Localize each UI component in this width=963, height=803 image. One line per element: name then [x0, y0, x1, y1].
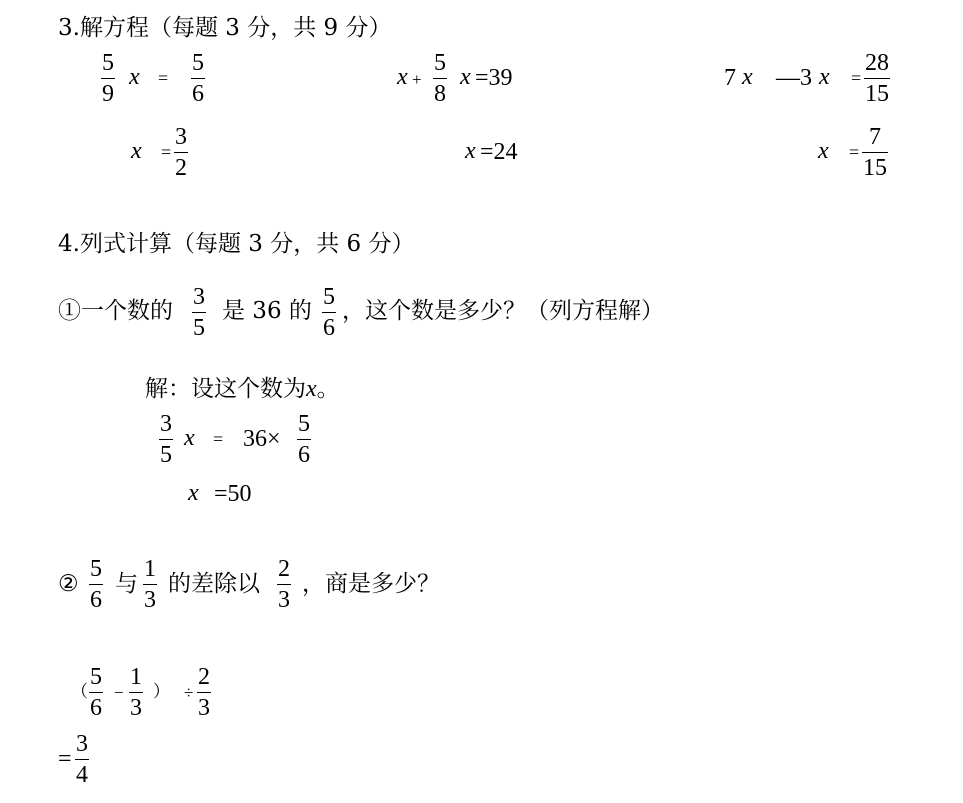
numerator: 5	[101, 50, 115, 76]
divide-sign: ÷	[184, 679, 193, 707]
solution-intro: 解：设这个数为x。	[145, 375, 340, 403]
denominator: 15	[864, 81, 890, 107]
fraction: 5 6	[89, 556, 103, 613]
numerator: 3	[159, 411, 173, 437]
fraction: 3 5	[159, 411, 173, 468]
variable-x: x	[184, 425, 195, 452]
denominator: 3	[143, 587, 157, 613]
denominator: 5	[192, 315, 206, 341]
answer-variable-x: x	[131, 138, 142, 165]
minus-sign: −	[114, 679, 124, 707]
answer-equals-sign: =	[849, 138, 859, 166]
numerator: 28	[864, 50, 890, 76]
fraction-bar	[191, 78, 205, 79]
equals-sign: =	[851, 64, 861, 92]
minus-term-3: —3	[776, 64, 812, 92]
fraction-bar	[297, 439, 311, 440]
answer-variable-x: x	[818, 138, 829, 165]
denominator: 3	[197, 695, 211, 721]
fraction: 5 6	[89, 664, 103, 721]
answer-value: =24	[480, 138, 518, 166]
fraction: 1 3	[129, 664, 143, 721]
denominator: 6	[89, 587, 103, 613]
fraction-bar	[192, 312, 206, 313]
result-equals-sign: =	[58, 745, 72, 773]
period: 。	[317, 376, 340, 402]
fraction-bar	[143, 584, 157, 585]
denominator: 4	[75, 762, 89, 788]
step-rhs: 36×	[243, 425, 281, 453]
answer-equals-sign: =	[161, 138, 171, 166]
fraction: 3 5	[192, 284, 206, 341]
fraction-bar	[159, 439, 173, 440]
variable-x: x	[819, 64, 830, 91]
numerator: 5	[89, 664, 103, 690]
numerator: 7	[862, 124, 888, 150]
right-hand-side: =39	[475, 64, 513, 92]
term-7: 7	[724, 64, 736, 92]
numerator: 5	[191, 50, 205, 76]
fraction: 5 6	[191, 50, 205, 107]
section3-heading: 3.解方程（每题 3 分，共 9 分）	[58, 14, 391, 42]
question-2-suffix: ，商是多少？	[302, 570, 440, 598]
section4-heading: 4.列式计算（每题 3 分，共 6 分）	[58, 230, 414, 258]
fraction: 5 6	[322, 284, 336, 341]
fraction-bar	[433, 78, 447, 79]
denominator: 15	[862, 155, 888, 181]
answer-variable-x: x	[188, 480, 199, 507]
right-paren: ）	[153, 678, 170, 706]
fraction: 1 3	[143, 556, 157, 613]
question-1-mid: 是 36 的	[222, 297, 312, 325]
variable-x: x	[460, 64, 471, 91]
denominator: 9	[101, 81, 115, 107]
variable-x: x	[742, 64, 753, 91]
plus-sign: +	[412, 66, 422, 94]
denominator: 6	[322, 315, 336, 341]
fraction-bar	[864, 78, 890, 79]
numerator: 2	[277, 556, 291, 582]
fraction-bar	[89, 584, 103, 585]
denominator: 3	[277, 587, 291, 613]
numerator: 5	[297, 411, 311, 437]
variable-x: x	[397, 64, 408, 91]
denominator: 8	[433, 81, 447, 107]
denominator: 5	[159, 442, 173, 468]
fraction: 2 3	[197, 664, 211, 721]
denominator: 2	[174, 155, 188, 181]
variable-x: x	[306, 376, 317, 402]
answer-value: =50	[214, 480, 252, 508]
fraction: 5 8	[433, 50, 447, 107]
variable-x: x	[129, 64, 140, 91]
fraction-bar	[174, 152, 188, 153]
numerator: 3	[174, 124, 188, 150]
numerator: 3	[75, 731, 89, 757]
numerator: 5	[433, 50, 447, 76]
question-2-prefix: ②	[58, 570, 79, 598]
fraction-bar	[101, 78, 115, 79]
equals-sign: =	[158, 64, 168, 92]
denominator: 6	[191, 81, 205, 107]
fraction-bar	[197, 692, 211, 693]
fraction: 28 15	[864, 50, 890, 107]
question-2-mid1: 与	[115, 570, 138, 598]
fraction: 2 3	[277, 556, 291, 613]
fraction: 5 6	[297, 411, 311, 468]
fraction-bar	[277, 584, 291, 585]
fraction-bar	[862, 152, 888, 153]
numerator: 1	[129, 664, 143, 690]
solution-intro-text: 解：设这个数为	[145, 376, 306, 402]
numerator: 5	[322, 284, 336, 310]
question-1-suffix: ，这个数是多少？（列方程解）	[342, 297, 664, 325]
fraction-bar	[322, 312, 336, 313]
equals-sign: =	[213, 425, 223, 453]
answer-fraction: 3 2	[174, 124, 188, 181]
numerator: 1	[143, 556, 157, 582]
numerator: 2	[197, 664, 211, 690]
fraction-bar	[75, 759, 89, 760]
denominator: 6	[89, 695, 103, 721]
result-fraction: 3 4	[75, 731, 89, 788]
question-1-prefix: ①一个数的	[58, 297, 173, 325]
answer-variable-x: x	[465, 138, 476, 165]
fraction-bar	[89, 692, 103, 693]
denominator: 3	[129, 695, 143, 721]
left-paren: （	[71, 678, 88, 706]
fraction: 5 9	[101, 50, 115, 107]
answer-fraction: 7 15	[862, 124, 888, 181]
numerator: 5	[89, 556, 103, 582]
question-2-mid2: 的差除以	[168, 570, 260, 598]
denominator: 6	[297, 442, 311, 468]
numerator: 3	[192, 284, 206, 310]
fraction-bar	[129, 692, 143, 693]
